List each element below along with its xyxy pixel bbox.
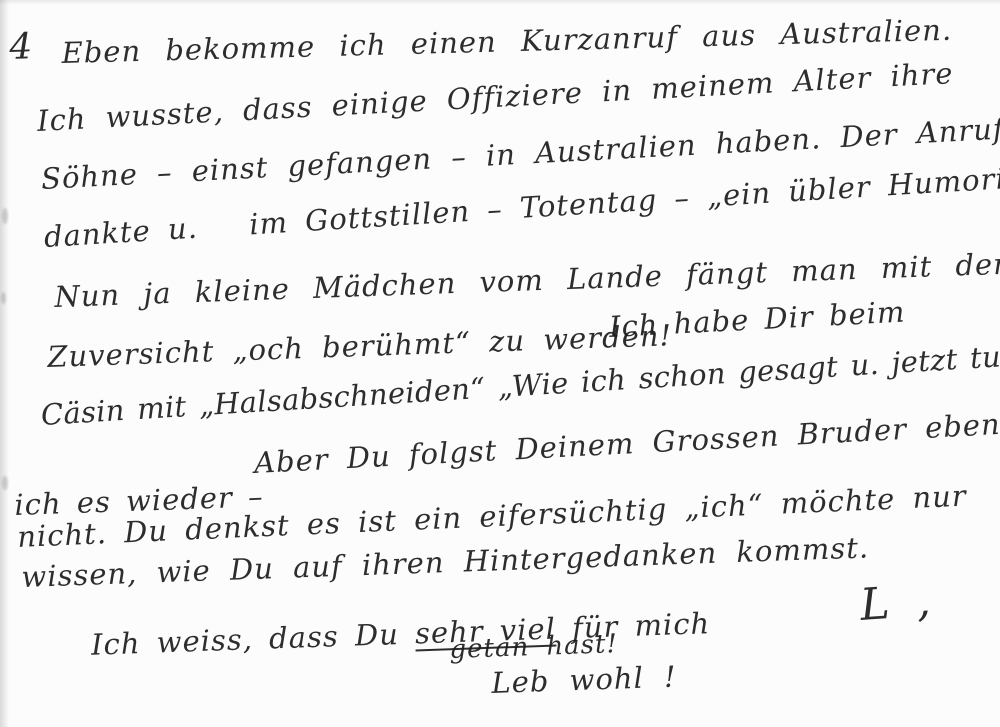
page-number: 4 <box>9 27 34 67</box>
scan-shadow-top <box>0 0 1000 5</box>
closing-line: getan hast! <box>449 630 618 664</box>
handwritten-line: Aber Du folgst Deinem Grossen Bruder ebe… <box>253 409 1000 480</box>
handwritten-line: Ich habe Dir beim <box>608 297 906 344</box>
signature-initial: L , <box>859 577 936 630</box>
scan-smudge <box>1 292 6 304</box>
scan-smudge <box>2 476 8 490</box>
scan-shadow-left <box>0 0 9 727</box>
handwritten-line: Eben bekomme ich einen Kurzanruf aus Aus… <box>61 15 952 70</box>
emphasis-before: Ich weiss, dass Du <box>91 616 416 661</box>
scan-smudge <box>2 208 8 224</box>
letter-page: 4 Eben bekomme ich einen Kurzanruf aus A… <box>0 0 1000 727</box>
closing-line: Leb wohl ! <box>491 662 677 700</box>
